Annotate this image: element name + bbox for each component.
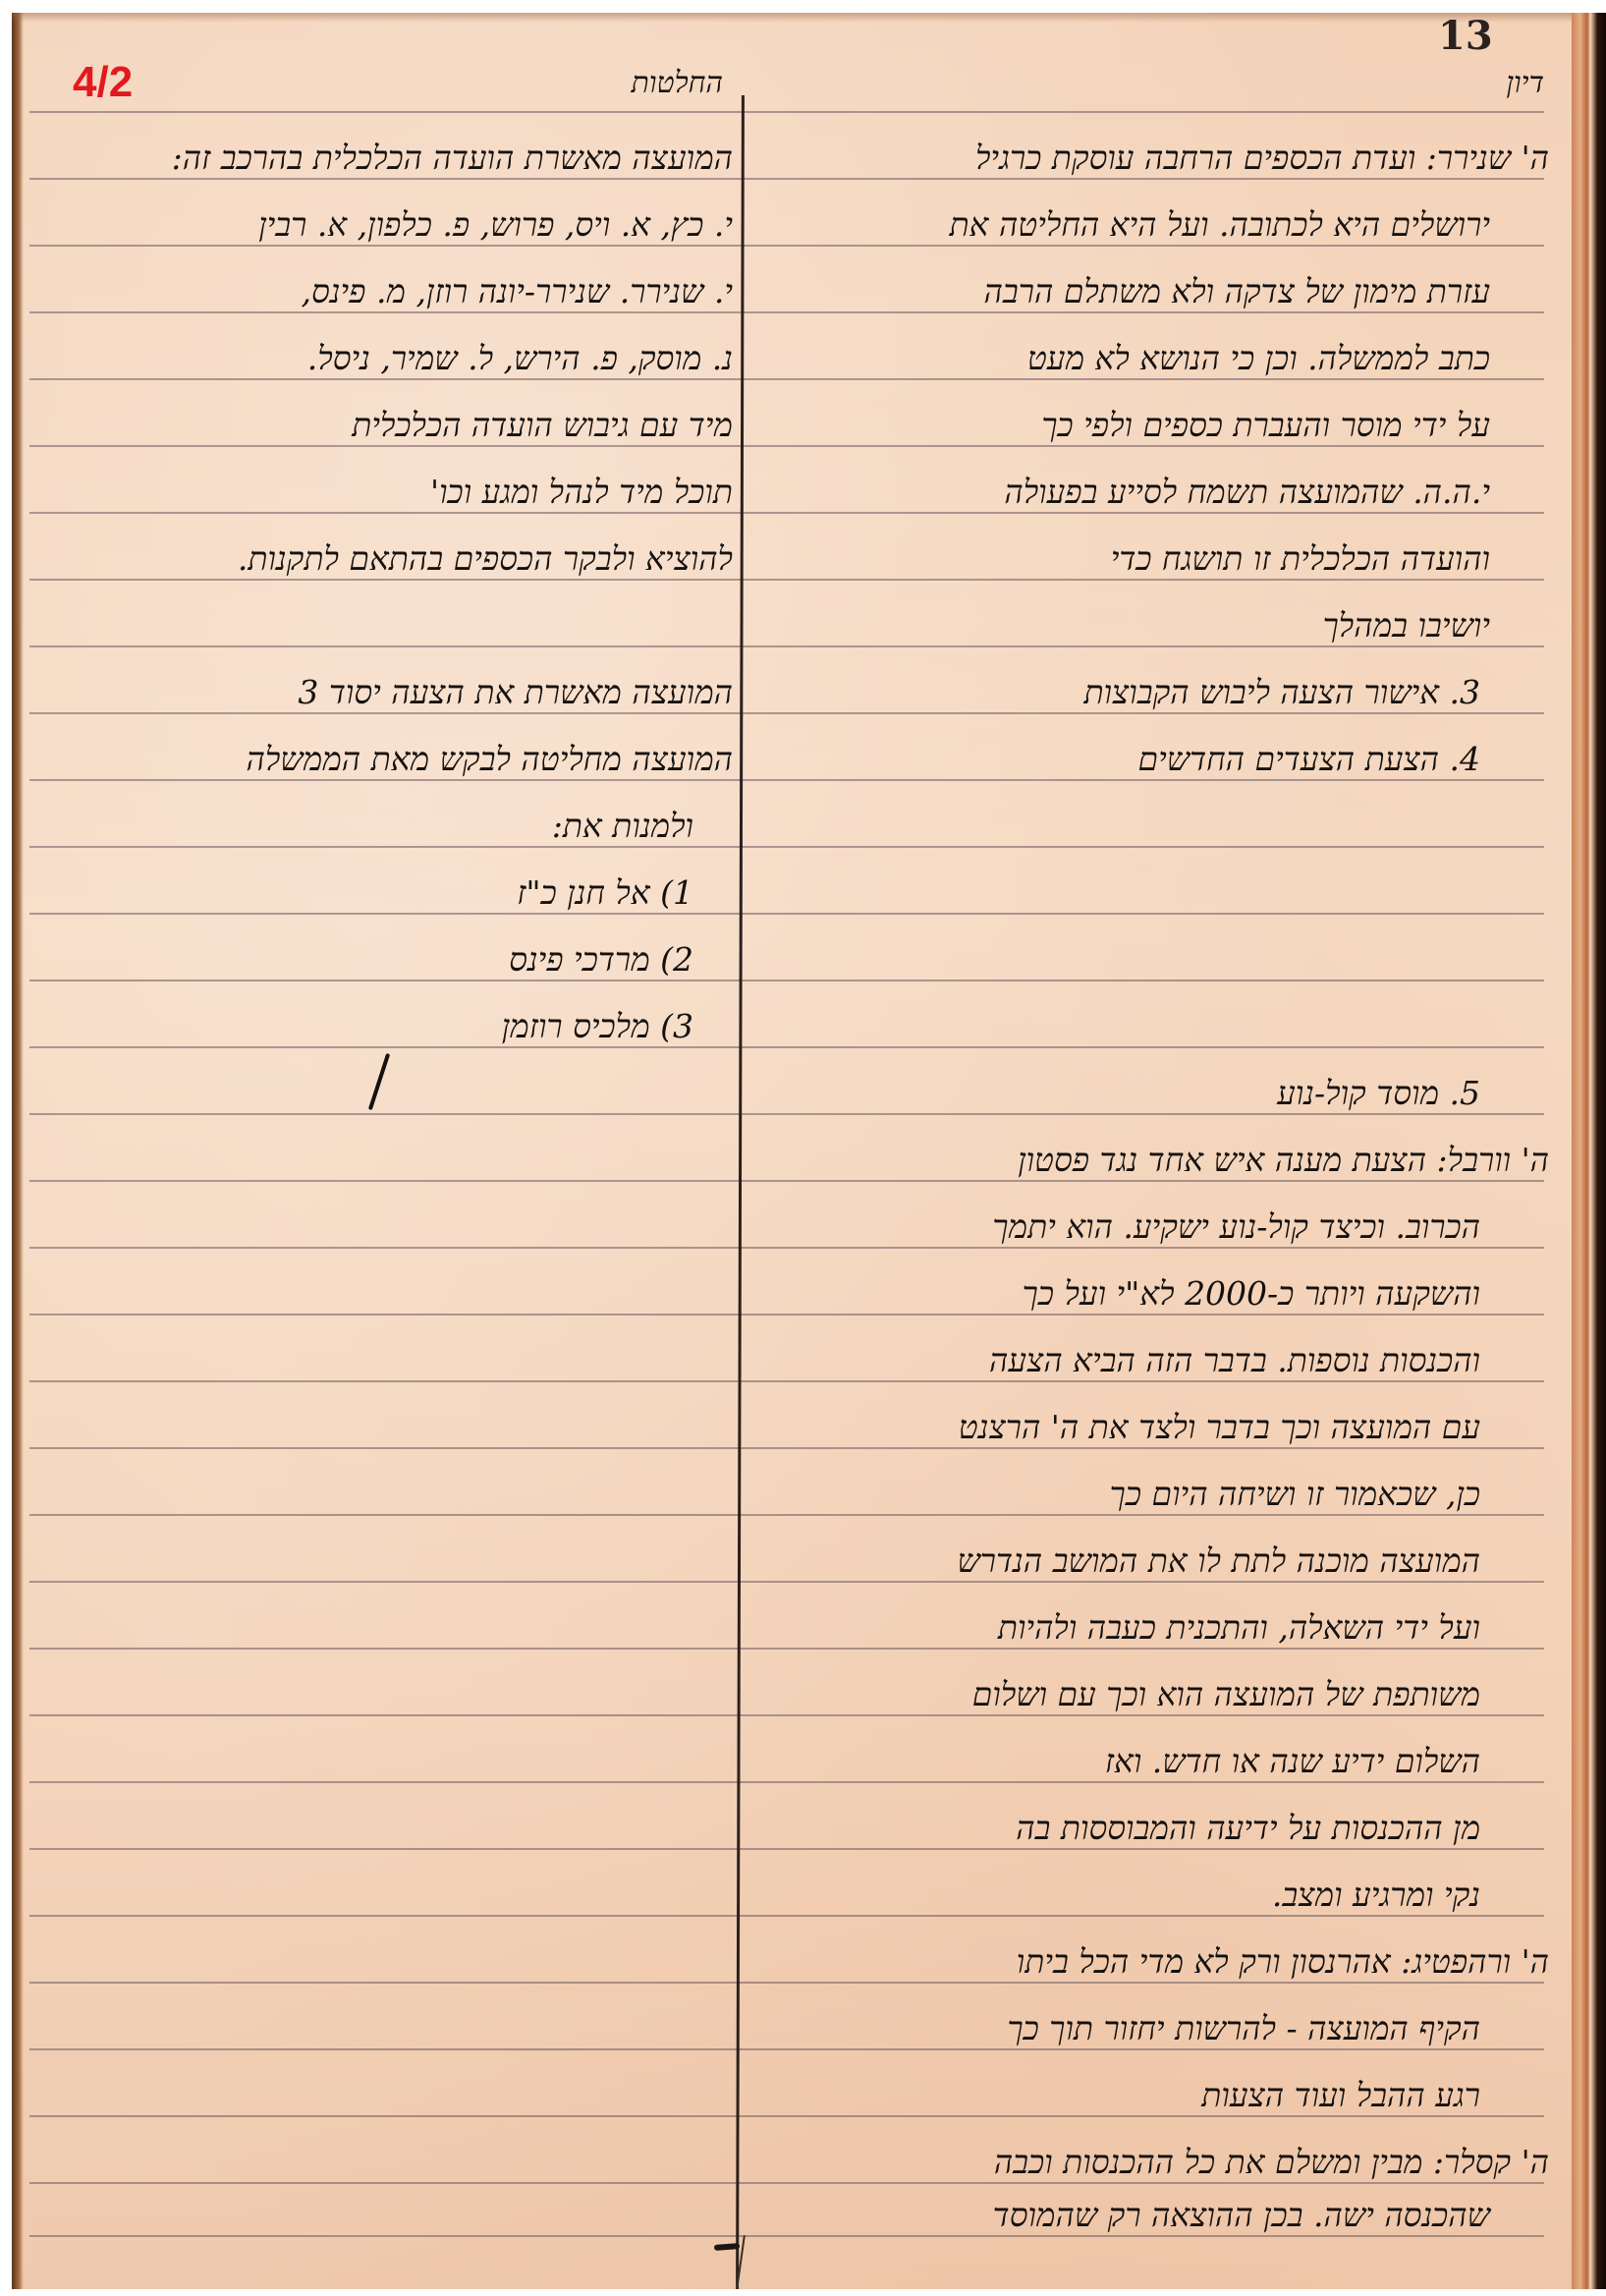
discussion-line: יושיבו במהלך [1323,606,1490,645]
decision-line: תוכל מיד לנהל ומגע וכו' [430,473,733,512]
item-5-line: והשקעה ויותר כ-2000 לא"י ועל כך [1023,1274,1480,1314]
item-3-decision-line: המועצה מחליטה לבקש מאת הממשלה [247,740,734,779]
closing-stroke [368,1053,390,1110]
discussion-heading: דיון [1506,64,1544,103]
discussion-column: דיון ה' שנירר: ועדת הכספים הרחבה עוסקת כ… [758,13,1549,2289]
appointee: 3) מלכיס רוזמן [502,1007,693,1046]
item-5-line: ה' וורבל: הצעת מענה איש אחד נגד פסטון [1018,1141,1549,1180]
item-3-decision-line: המועצה מאשרת את הצעה יסוד 3 [298,673,733,712]
decision-line: י. כץ, א. ויס, פרוש, פ. כלפון, א. רבין [258,205,733,245]
document-page: 4/2 13 החלטות המועצה מאשרת הועדה הכלכלית… [12,13,1572,2289]
decisions-heading: החלטות [632,64,723,103]
discussion-line: ירושלים היא לכתובה. ועל היא החליטה את [950,205,1490,245]
item-5-line: כן, שכאמור זו ושיחה היום כך [1110,1475,1480,1514]
discussion-line: ה' שנירר: ועדת הכספים הרחבה עוסקת כרגיל [975,139,1549,178]
agenda-item: 4. הצעת הצעדים החדשים [1138,740,1480,779]
item-5-line: השלום ידיע שנה או חדש. ואז [1105,1742,1480,1781]
book-binding-edge [1572,13,1606,2289]
discussion-line: י.ה.ה. שהמועצה תשמח לסייע בפעולה [1004,473,1490,512]
appointee: 1) אל חנן כ"ז [517,873,693,913]
discussion-line: והועדה הכלכלית זו תושגח כדי [1111,539,1490,579]
item-5-line: משותפת של המועצה הוא וכך עם ושלום [972,1675,1480,1714]
discussion-line: ה' קסלר: מבין ומשלם את כל ההכנסות וכבה [994,2143,1549,2182]
item-5-heading: 5. מוסד קול-נוע [1277,1074,1480,1113]
decision-line: נ. מוסק, פ. הירש, ל. שמיר, ניסל. [307,339,733,378]
decision-line: המועצה מאשרת הועדה הכלכלית בהרכב זה: [172,139,733,178]
item-5-line: והכנסות נוספות. בדבר הזה הביא הצעה [989,1341,1480,1380]
item-3-decision-line: ולמנות את: [552,807,693,846]
column-divider [736,95,744,2289]
item-5-line: נקי ומרגיע ומצב. [1272,1876,1480,1915]
discussion-line: על ידי מוסר והעברת כספים ולפי כך [1041,406,1490,445]
item-5-line: עם המועצה וכך בדבר ולצד את ה' הרצנט [959,1408,1480,1447]
item-5-line: מן ההכנסות על ידיעה והמבוססות בה [1016,1809,1480,1848]
discussion-line: הקיף המועצה - להרשות יחזור תוך כך [1007,2009,1480,2048]
decision-line: י. שנירר. שנירר-יונה רוזן, מ. פינס, [302,272,733,311]
item-5-line: ועל ידי השאלה, והתכנית כעבה ולהיות [998,1608,1480,1648]
decisions-column: החלטות המועצה מאשרת הועדה הכלכלית בהרכב … [33,13,733,2289]
appointee: 2) מרדכי פינס [509,940,693,980]
decision-line: מיד עם גיבוש הועדה הכלכלית [352,406,733,445]
discussion-line: ה' ורהפטיג: אהרנסון ורק לא מדי הכל ביתו [1017,1942,1549,1982]
agenda-item: 3. אישור הצעה ליבוש הקבוצות [1083,673,1480,712]
discussion-line: עזרת מימון של צדקה ולא משתלם הרבה [984,272,1490,311]
decision-line: להוציא ולבקר הכספים בהתאם לתקנות. [238,539,733,579]
discussion-line: רגע ההבל ועוד הצעות [1201,2076,1480,2115]
item-5-line: הכרוב. וכיצד קול-נוע ישקיע. הוא יתמך [992,1207,1480,1247]
discussion-line: כתב לממשלה. וכן כי הנושא לא מעט [1027,339,1490,378]
discussion-line: שהכנסה ישה. בכן ההוצאה רק שהמוסד [993,2196,1490,2235]
page-left-edge [12,13,24,2289]
item-5-line: המועצה מוכנה לתת לו את המושב הנדרש [957,1541,1480,1581]
